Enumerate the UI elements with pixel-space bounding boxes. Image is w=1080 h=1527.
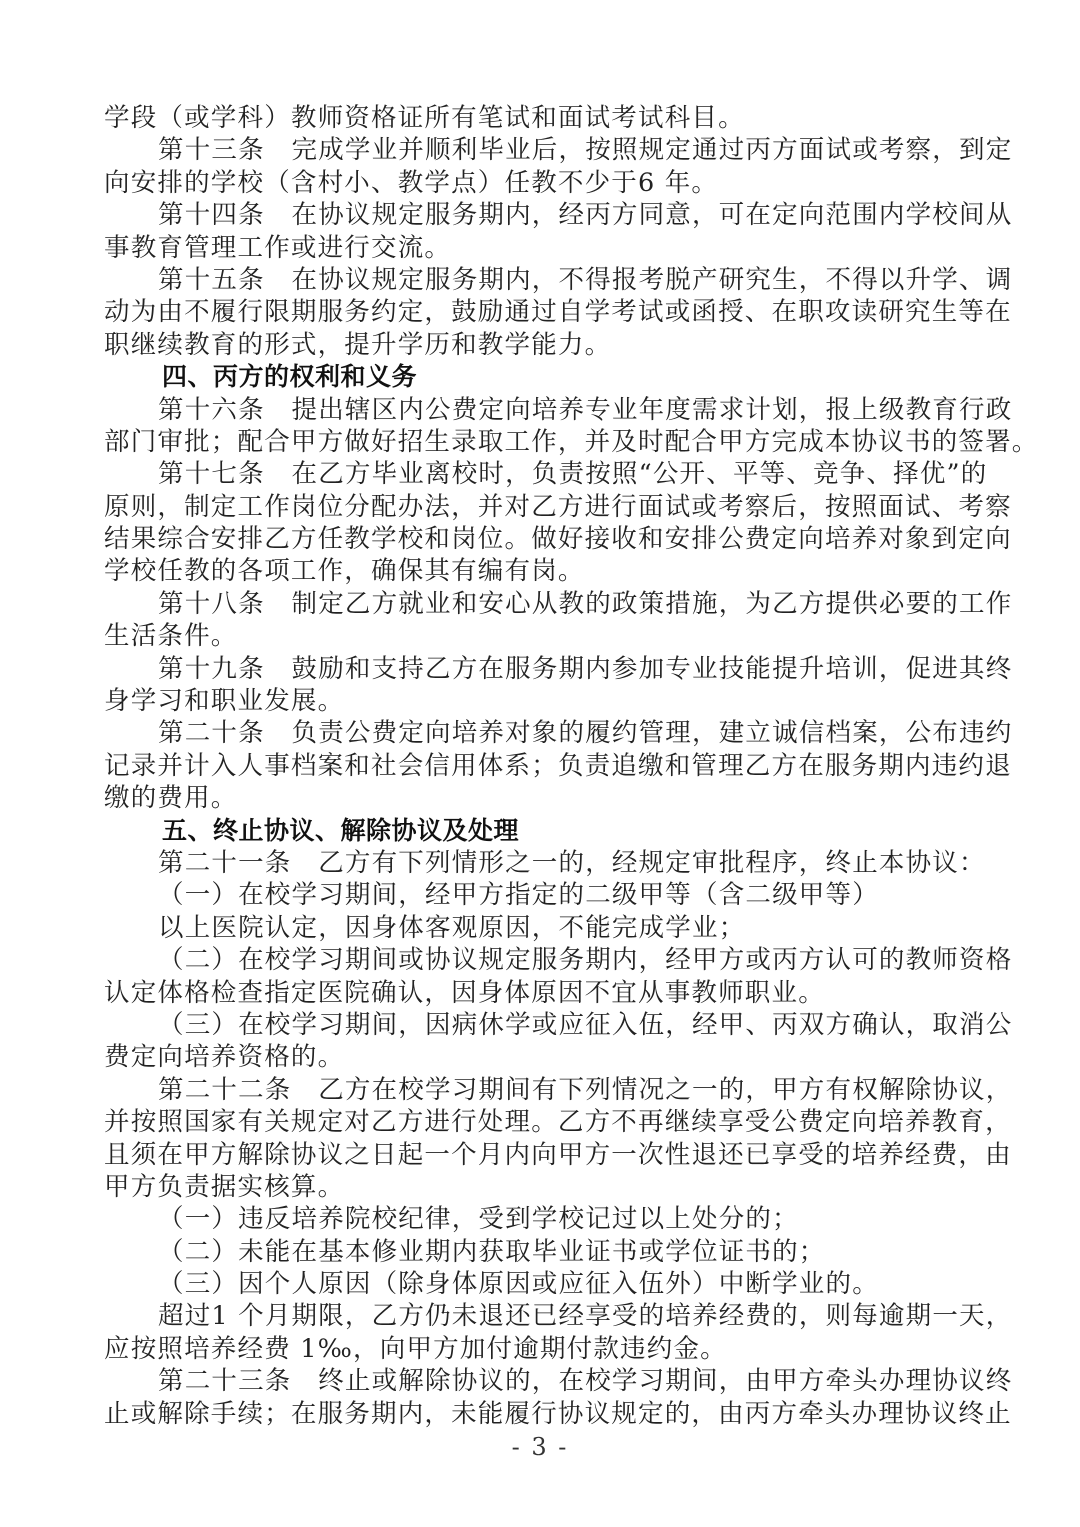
document-page: 学段（或学科）教师资格证所有笔试和面试考试科目。 第十三条 完成学业并顺利毕业后… (104, 102, 978, 1430)
text-line: 记录并计入人事档案和社会信用体系；负责追缴和管理乙方在服务期内违约退 (104, 750, 978, 782)
article-21-line: 第二十一条 乙方有下列情形之一的，经规定审批程序，终止本协议： (104, 847, 978, 879)
article-17-line: 第十七条 在乙方毕业离校时，负责按照“公开、平等、竞争、择优”的 (104, 458, 978, 490)
section-heading-4: 四、丙方的权利和义务 (104, 361, 978, 393)
text-line: 职继续教育的形式，提升学历和教学能力。 (104, 329, 978, 361)
text-line: 动为由不履行限期服务约定，鼓励通过自学考试或函授、在职攻读研究生等在 (104, 296, 978, 328)
article-23-line: 第二十三条 终止或解除协议的，在校学习期间，由甲方牵头办理协议终 (104, 1365, 978, 1397)
text-line: 应按照培养经费 1‰，向甲方加付逾期付款违约金。 (104, 1333, 978, 1365)
list-item-line: （一）违反培养院校纪律，受到学校记过以上处分的； (104, 1203, 978, 1235)
list-item-line: （一）在校学习期间，经甲方指定的二级甲等（含二级甲等） (104, 879, 978, 911)
text-line: 超过1 个月期限，乙方仍未退还已经享受的培养经费的，则每逾期一天， (104, 1300, 978, 1332)
text-line: 且须在甲方解除协议之日起一个月内向甲方一次性退还已享受的培养经费，由 (104, 1139, 978, 1171)
article-19-line: 第十九条 鼓励和支持乙方在服务期内参加专业技能提升培训，促进其终 (104, 653, 978, 685)
text-line: 结果综合安排乙方任教学校和岗位。做好接收和安排公费定向培养对象到定向 (104, 523, 978, 555)
text-line: 身学习和职业发展。 (104, 685, 978, 717)
text-line: 缴的费用。 (104, 782, 978, 814)
list-item-line: （二）未能在基本修业期内获取毕业证书或学位证书的； (104, 1236, 978, 1268)
list-item-line: （三）在校学习期间，因病休学或应征入伍，经甲、丙双方确认，取消公 (104, 1009, 978, 1041)
section-heading-5: 五、终止协议、解除协议及处理 (104, 815, 978, 847)
article-22-line: 第二十二条 乙方在校学习期间有下列情况之一的，甲方有权解除协议， (104, 1074, 978, 1106)
text-line: 原则，制定工作岗位分配办法，并对乙方进行面试或考察后，按照面试、考察 (104, 491, 978, 523)
text-line: 事教育管理工作或进行交流。 (104, 232, 978, 264)
article-20-line: 第二十条 负责公费定向培养对象的履约管理，建立诚信档案，公布违约 (104, 717, 978, 749)
list-item-line: （三）因个人原因（除身体原因或应征入伍外）中断学业的。 (104, 1268, 978, 1300)
text-line: 学校任教的各项工作，确保其有编有岗。 (104, 555, 978, 587)
text-line: 部门审批；配合甲方做好招生录取工作，并及时配合甲方完成本协议书的签署。 (104, 426, 978, 458)
article-13-line: 第十三条 完成学业并顺利毕业后，按照规定通过丙方面试或考察，到定 (104, 134, 978, 166)
text-line: 以上医院认定，因身体客观原因，不能完成学业； (104, 912, 978, 944)
article-15-line: 第十五条 在协议规定服务期内，不得报考脱产研究生，不得以升学、调 (104, 264, 978, 296)
article-18-line: 第十八条 制定乙方就业和安心从教的政策措施，为乙方提供必要的工作 (104, 588, 978, 620)
article-14-line: 第十四条 在协议规定服务期内，经丙方同意，可在定向范围内学校间从 (104, 199, 978, 231)
list-item-line: （二）在校学习期间或协议规定服务期内，经甲方或丙方认可的教师资格 (104, 944, 978, 976)
page-number: - 3 - (0, 1433, 1080, 1461)
text-line: 止或解除手续；在服务期内，未能履行协议规定的，由丙方牵头办理协议终止 (104, 1398, 978, 1430)
text-line: 甲方负责据实核算。 (104, 1171, 978, 1203)
text-line: 认定体格检查指定医院确认，因身体原因不宜从事教师职业。 (104, 977, 978, 1009)
text-line: 向安排的学校（含村小、教学点）任教不少于6 年。 (104, 167, 978, 199)
article-16-line: 第十六条 提出辖区内公费定向培养专业年度需求计划，报上级教育行政 (104, 394, 978, 426)
text-line: 并按照国家有关规定对乙方进行处理。乙方不再继续享受公费定向培养教育， (104, 1106, 978, 1138)
text-line: 学段（或学科）教师资格证所有笔试和面试考试科目。 (104, 102, 978, 134)
text-line: 生活条件。 (104, 620, 978, 652)
text-line: 费定向培养资格的。 (104, 1041, 978, 1073)
